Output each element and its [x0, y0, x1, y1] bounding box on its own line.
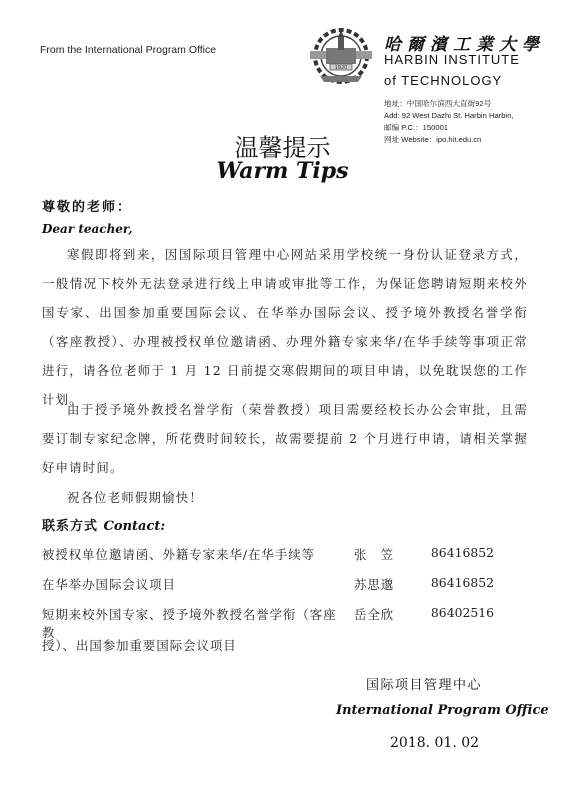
contact-phone: 86416852 [414, 545, 494, 560]
signature-date: 2018. 01. 02 [390, 735, 479, 751]
title-en: Warm Tips [0, 158, 565, 184]
contact-person: 苏思邈 [354, 575, 414, 593]
greeting-cn: 尊敬的老师： [42, 196, 132, 215]
university-name-en-line1: HARBIN INSTITUTE [384, 52, 520, 67]
body-paragraph-3: 祝各位老师假期愉快！ [42, 483, 528, 512]
signature-en: International Program Office [336, 703, 549, 718]
svg-text:1920: 1920 [335, 65, 348, 71]
address-en: Add: 92 West Dazhi St. Harbin Harbin, [384, 110, 513, 122]
greeting-en: Dear teacher, [42, 222, 133, 236]
signature-cn: 国际项目管理中心 [366, 674, 482, 693]
contact-heading-en: Contact: [104, 519, 166, 534]
contact-item-continuation: 授）、出国参加重要国际会议项目 [42, 636, 237, 654]
contact-phone: 86402516 [414, 605, 494, 620]
body-paragraph-1: 寒假即将到来，因国际项目管理中心网站采用学校统一身份认证登录方式，一般情况下校外… [42, 240, 528, 414]
contact-person: 岳全欣 [354, 605, 414, 623]
contact-person: 张 笠 [354, 545, 414, 563]
body-paragraph-2: 由于授予境外教授名誉学衔（荣誉教授）项目需要经校长办公会审批，且需要订制专家纪念… [42, 395, 528, 482]
from-office-label: From the International Program Office [40, 44, 216, 56]
contact-heading-cn: 联系方式 [42, 519, 98, 534]
university-logo-icon: 1920 [308, 26, 374, 86]
contact-heading: 联系方式 Contact: [42, 515, 165, 534]
contact-item: 在华举办国际会议项目 [42, 575, 342, 593]
university-name-en-line2: of TECHNOLOGY [384, 73, 502, 88]
contact-phone: 86416852 [414, 575, 494, 590]
contact-item: 被授权单位邀请函、外籍专家来华/在华手续等 [42, 545, 342, 563]
address-cn: 地址：中国哈尔滨西大直街92号 [384, 98, 513, 110]
